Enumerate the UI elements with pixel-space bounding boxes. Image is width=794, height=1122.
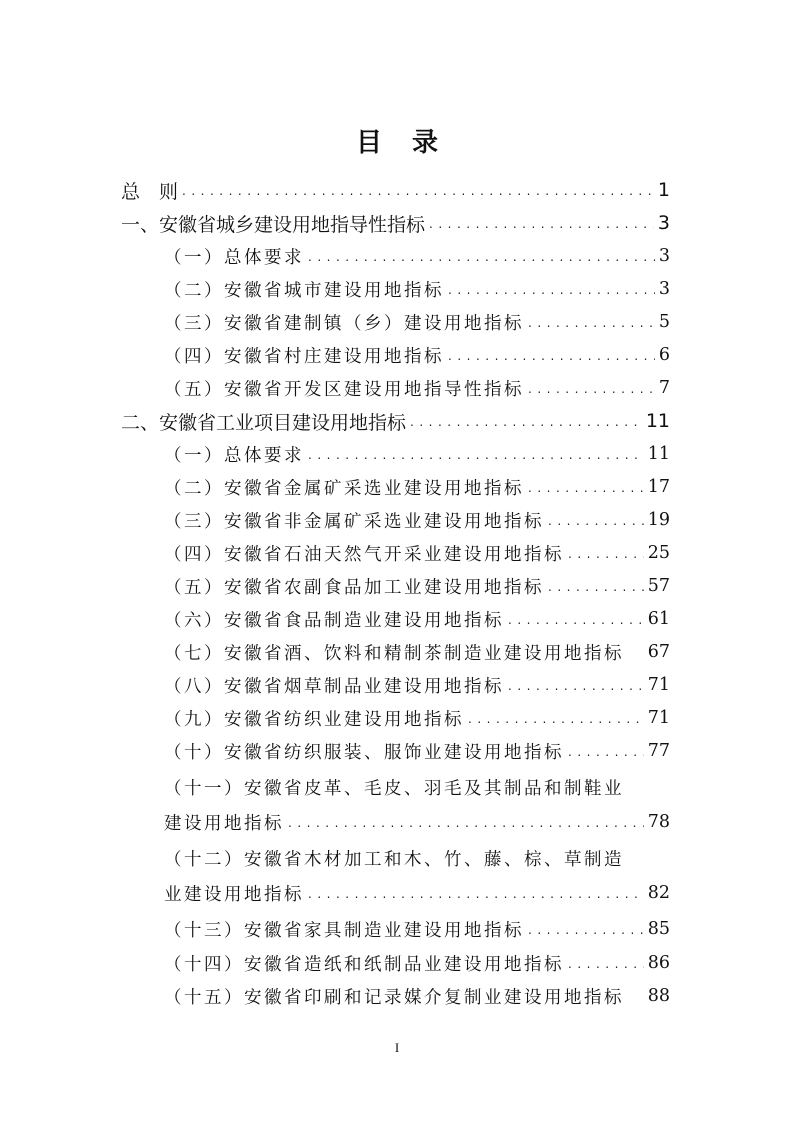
toc-leader-dots: ........................................… xyxy=(528,481,644,504)
toc-entry-label: （十五）安徽省印刷和记录媒介复制业建设用地指标 xyxy=(164,984,624,1009)
toc-leader-dots xyxy=(624,795,670,804)
toc-entry-page: 1 xyxy=(658,179,670,201)
toc-entry-label: （十二）安徽省木材加工和木、竹、藤、棕、草制造 xyxy=(164,846,624,871)
toc-entry[interactable]: 建设用地指标..................................… xyxy=(164,805,670,839)
toc-entry[interactable]: （六）安徽省食品制造业建设用地指标.......................… xyxy=(164,602,670,636)
toc-entry-page: 67 xyxy=(648,642,670,662)
toc-entry-label: （一）总体要求 xyxy=(164,442,304,467)
toc-leader-dots: ........................................… xyxy=(429,217,654,240)
toc-entry[interactable]: 一、安徽省城乡建设用地指导性指标........................… xyxy=(121,206,670,240)
toc-entry[interactable]: （四）安徽省石油天然气开采业建设用地指标....................… xyxy=(164,536,670,570)
toc-entry-label: （十）安徽省纺织服装、服饰业建设用地指标 xyxy=(164,739,564,764)
toc-leader-dots: ........................................… xyxy=(528,316,655,339)
toc-leader-dots: ........................................… xyxy=(448,349,655,372)
toc-entry-label: （四）安徽省村庄建设用地指标 xyxy=(164,343,444,368)
toc-entry[interactable]: （一）总体要求.................................… xyxy=(164,239,670,273)
toc-leader-dots: ........................................… xyxy=(308,887,644,910)
toc-entry-page: 71 xyxy=(648,675,670,695)
toc-entry-page: 17 xyxy=(648,477,670,497)
toc-entry[interactable]: （五）安徽省开发区建设用地指导性指标......................… xyxy=(164,371,670,405)
toc-entry-label: （三）安徽省非金属矿采选业建设用地指标 xyxy=(164,508,544,533)
toc-entry-page: 3 xyxy=(659,246,670,266)
toc-entry-page: 6 xyxy=(659,345,670,365)
toc-entry-label: （七）安徽省酒、饮料和精制茶制造业建设用地指标 xyxy=(164,640,624,665)
toc-entry-page: 3 xyxy=(658,212,670,234)
toc-entry-label: （三）安徽省建制镇（乡）建设用地指标 xyxy=(164,310,524,335)
toc-entry[interactable]: （十三）安徽省家具制造业建设用地指标......................… xyxy=(164,912,670,946)
toc-entry-page: 3 xyxy=(659,279,670,299)
toc-entry[interactable]: 二、安徽省工业项目建设用地指标.........................… xyxy=(121,404,670,438)
toc-leader-dots: ........................................… xyxy=(308,250,655,273)
toc-entry-page: 5 xyxy=(659,312,670,332)
toc-leader-dots: ........................................… xyxy=(568,547,644,570)
toc-leader-dots: ........................................… xyxy=(548,514,644,537)
page-number: I xyxy=(0,1040,794,1056)
toc-entry-page: 11 xyxy=(648,444,670,464)
toc-entry-label: （九）安徽省纺织业建设用地指标 xyxy=(164,706,464,731)
toc-entry-label: （十三）安徽省家具制造业建设用地指标 xyxy=(164,917,524,942)
toc-entry-page: 7 xyxy=(659,378,670,398)
toc-entry[interactable]: 总 则.....................................… xyxy=(121,173,670,207)
toc-entry-label: 建设用地指标 xyxy=(164,810,284,835)
toc-entry-label: （二）安徽省金属矿采选业建设用地指标 xyxy=(164,475,524,500)
toc-leader-dots: ........................................… xyxy=(410,415,642,438)
page-title: 目录 xyxy=(0,122,794,159)
toc-entry-page: 57 xyxy=(648,576,670,596)
toc-leader-dots xyxy=(624,866,670,875)
toc-leader-dots: ........................................… xyxy=(308,448,644,471)
toc-entry[interactable]: （三）安徽省建制镇（乡）建设用地指标......................… xyxy=(164,305,670,339)
toc-entry-page: 86 xyxy=(648,953,670,973)
toc-entry-label: （一）总体要求 xyxy=(164,244,304,269)
toc-entry-page: 11 xyxy=(646,410,670,432)
toc-entry-page: 19 xyxy=(648,510,670,530)
toc-entry-page: 77 xyxy=(648,741,670,761)
toc-leader-dots: ........................................… xyxy=(528,382,655,405)
toc-entry[interactable]: （一）总体要求.................................… xyxy=(164,437,670,471)
toc-leader-dots: ........................................… xyxy=(568,745,644,768)
toc-entry[interactable]: 业建设用地指标.................................… xyxy=(164,876,670,910)
toc-leader-dots xyxy=(624,1004,648,1013)
toc-leader-dots: ........................................… xyxy=(548,580,644,603)
toc-entry-page: 85 xyxy=(648,919,670,939)
toc-entry[interactable]: （八）安徽省烟草制品业建设用地指标.......................… xyxy=(164,668,670,702)
toc-entry[interactable]: （十五）安徽省印刷和记录媒介复制业建设用地指标88 xyxy=(164,979,670,1013)
toc-entry-label: （二）安徽省城市建设用地指标 xyxy=(164,277,444,302)
toc-entry[interactable]: （九）安徽省纺织业建设用地指标.........................… xyxy=(164,701,670,735)
toc-leader-dots: ........................................… xyxy=(508,613,644,636)
toc-entry-page: 61 xyxy=(648,609,670,629)
toc-entry-label: （四）安徽省石油天然气开采业建设用地指标 xyxy=(164,541,564,566)
toc-entry[interactable]: （二）安徽省城市建设用地指标..........................… xyxy=(164,272,670,306)
toc-entry[interactable]: （七）安徽省酒、饮料和精制茶制造业建设用地指标67 xyxy=(164,635,670,669)
toc-entry[interactable]: （三）安徽省非金属矿采选业建设用地指标.....................… xyxy=(164,503,670,537)
toc-entry-page: 71 xyxy=(648,708,670,728)
toc-entry[interactable]: （十）安徽省纺织服装、服饰业建设用地指标....................… xyxy=(164,734,670,768)
toc-entry[interactable]: （十四）安徽省造纸和纸制品业建设用地指标....................… xyxy=(164,946,670,980)
toc-entry-label: （十四）安徽省造纸和纸制品业建设用地指标 xyxy=(164,951,564,976)
toc-leader-dots: ........................................… xyxy=(288,816,644,839)
toc-leader-dots: ........................................… xyxy=(508,679,644,702)
toc-leader-dots: ........................................… xyxy=(528,923,644,946)
toc-entry[interactable]: （二）安徽省金属矿采选业建设用地指标......................… xyxy=(164,470,670,504)
toc-entry-label: （十一）安徽省皮革、毛皮、羽毛及其制品和制鞋业 xyxy=(164,775,624,800)
toc-entry-label: （五）安徽省开发区建设用地指导性指标 xyxy=(164,376,524,401)
toc-entry[interactable]: （五）安徽省农副食品加工业建设用地指标.....................… xyxy=(164,569,670,603)
toc-leader-dots: ........................................… xyxy=(448,283,655,306)
toc-entry-label: 业建设用地指标 xyxy=(164,881,304,906)
toc-entry-label: （五）安徽省农副食品加工业建设用地指标 xyxy=(164,574,544,599)
toc-entry[interactable]: （十二）安徽省木材加工和木、竹、藤、棕、草制造 xyxy=(164,841,670,875)
toc-entry-page: 25 xyxy=(648,543,670,563)
toc-entry-page: 82 xyxy=(648,883,670,903)
toc-entry-label: 总 则 xyxy=(121,177,178,204)
toc-entry-page: 78 xyxy=(648,812,670,832)
toc-entry-label: （八）安徽省烟草制品业建设用地指标 xyxy=(164,673,504,698)
toc-leader-dots: ........................................… xyxy=(468,712,644,735)
toc-entry-page: 88 xyxy=(648,986,670,1006)
toc-leader-dots: ........................................… xyxy=(182,184,654,207)
toc-entry[interactable]: （十一）安徽省皮革、毛皮、羽毛及其制品和制鞋业 xyxy=(164,770,670,804)
toc-entry-label: （六）安徽省食品制造业建设用地指标 xyxy=(164,607,504,632)
toc-entry[interactable]: （四）安徽省村庄建设用地指标..........................… xyxy=(164,338,670,372)
toc-entry-label: 二、安徽省工业项目建设用地指标 xyxy=(121,408,406,435)
toc-entry-label: 一、安徽省城乡建设用地指导性指标 xyxy=(121,210,425,237)
toc-leader-dots: ........................................… xyxy=(568,957,644,980)
